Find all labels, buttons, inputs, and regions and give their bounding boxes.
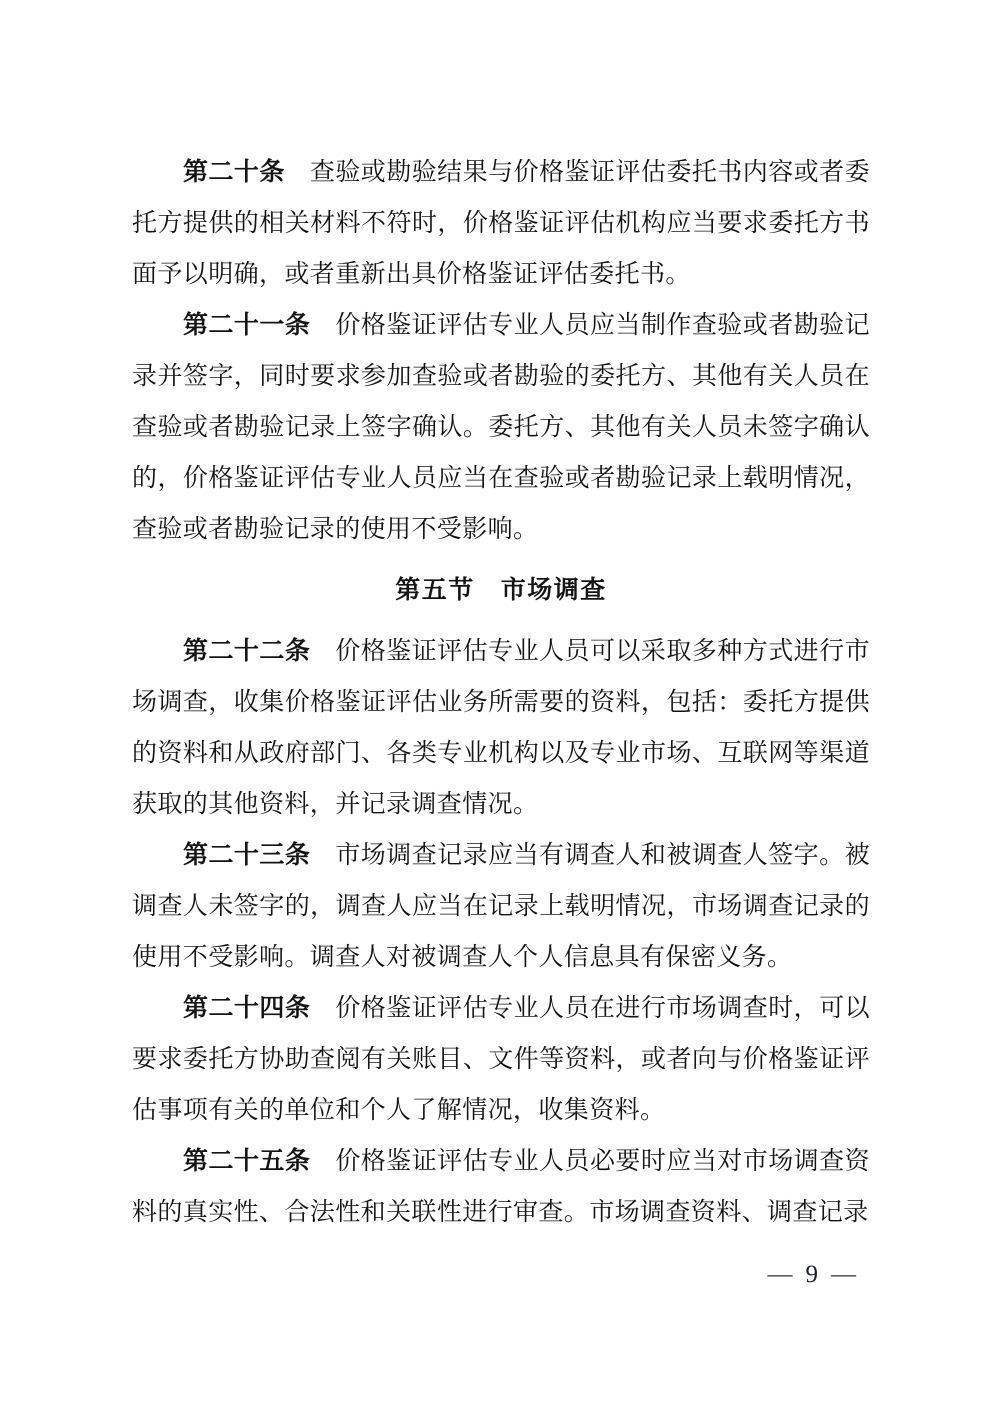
footer-right-dash: — <box>831 1261 856 1288</box>
article-number: 第二十条 <box>183 159 285 186</box>
document-page: 第二十条查验或勘验结果与价格鉴证评估委托书内容或者委托方提供的相关材料不符时，价… <box>0 0 992 1403</box>
page-number: 9 <box>806 1261 819 1288</box>
article-paragraph-25: 第二十五条价格鉴证评估专业人员必要时应当对市场调查资料的真实性、合法性和关联性进… <box>132 1136 870 1238</box>
article-number: 第二十三条 <box>183 842 310 869</box>
article-paragraph-20: 第二十条查验或勘验结果与价格鉴证评估委托书内容或者委托方提供的相关材料不符时，价… <box>132 147 870 300</box>
page-footer: —9— <box>768 1260 857 1290</box>
article-paragraph-22: 第二十二条价格鉴证评估专业人员可以采取多种方式进行市场调查，收集价格鉴证评估业务… <box>132 626 870 830</box>
article-number: 第二十四条 <box>183 995 310 1022</box>
document-body: 第二十条查验或勘验结果与价格鉴证评估委托书内容或者委托方提供的相关材料不符时，价… <box>132 147 870 1238</box>
footer-left-dash: — <box>768 1261 793 1288</box>
article-text: 价格鉴证评估专业人员应当制作查验或者勘验记录并签字，同时要求参加查验或者勘验的委… <box>132 312 870 543</box>
article-text: 价格鉴证评估专业人员可以采取多种方式进行市场调查，收集价格鉴证评估业务所需要的资… <box>132 638 870 818</box>
article-paragraph-21: 第二十一条价格鉴证评估专业人员应当制作查验或者勘验记录并签字，同时要求参加查验或… <box>132 300 870 555</box>
section-heading-title: 市场调查 <box>501 577 607 604</box>
section-heading: 第五节市场调查 <box>132 565 870 616</box>
article-number: 第二十五条 <box>183 1148 310 1175</box>
section-heading-label: 第五节 <box>395 577 475 604</box>
article-paragraph-24: 第二十四条价格鉴证评估专业人员在进行市场调查时，可以要求委托方协助查阅有关账目、… <box>132 983 870 1136</box>
article-paragraph-23: 第二十三条市场调查记录应当有调查人和被调查人签字。被调查人未签字的，调查人应当在… <box>132 830 870 983</box>
article-number: 第二十一条 <box>183 312 310 339</box>
article-number: 第二十二条 <box>183 638 310 665</box>
